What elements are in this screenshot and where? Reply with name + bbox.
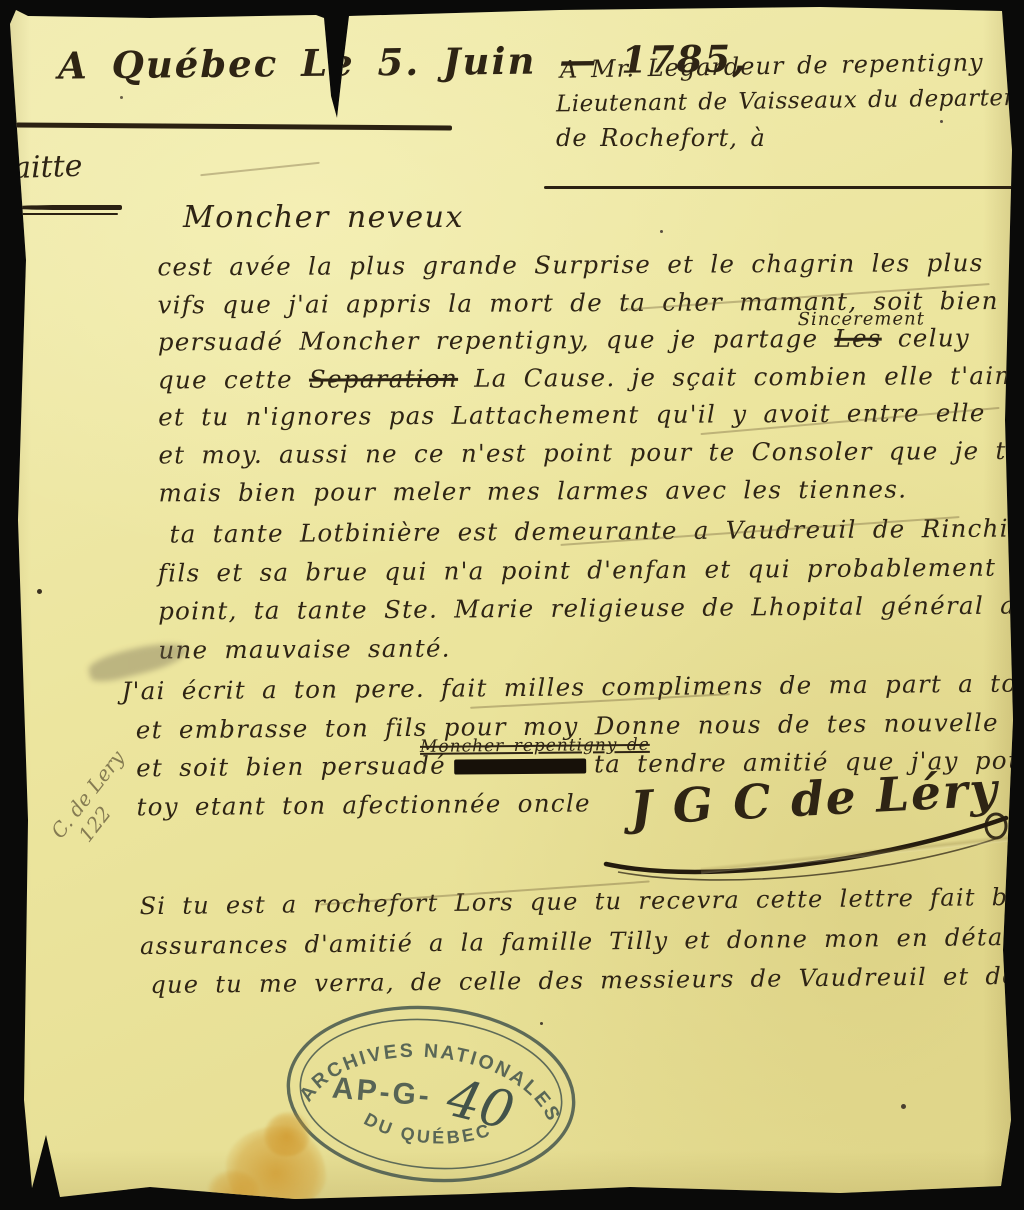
p3-interline-insert: Moncher repentigny de (420, 726, 650, 767)
p1-line3-pre: persuadé Moncher repentigny, que je part… (158, 324, 819, 356)
p2-line2: fils et sa brue qui n'a point d'enfan et… (158, 547, 1024, 593)
paragraph-1: cest avée la plus grande Surprise et le … (157, 244, 1024, 512)
margin-word-rule-thin (8, 213, 118, 215)
p1-line4-struck-word: Separation (309, 364, 458, 394)
p2-line3: point, ta tante Ste. Marie religieuse de… (158, 585, 1024, 631)
scanned-letter-scene: A Québec Le 5. Juin — 1785, A Mr. Legard… (0, 0, 1024, 1210)
p1-line1: cest avée la plus grande Surprise et le … (157, 244, 1024, 286)
paper-specks (0, 0, 3, 3)
margin-word: faitte (1, 149, 83, 187)
address-line-1: A Mr. Legardeur de repentigny (560, 48, 984, 83)
p1-interline-insert: Sincerement (798, 300, 925, 338)
paragraph-2: ta tante Lotbinière est demeurante a Vau… (157, 508, 1024, 669)
p1-line4-pre: que cette (158, 364, 293, 394)
salutation: Moncher neveux (183, 200, 464, 235)
postscript: Si tu est a rochefort Lors que tu recevr… (139, 877, 1024, 1006)
dateline-rule (16, 122, 452, 130)
p3-line3-pre: et soit bien persuadé (136, 751, 446, 783)
p1-line7: mais bien pour meler mes larmes avec les… (158, 469, 1024, 511)
p1-line4: que cette Separation La Cause. je sçait … (158, 356, 1024, 398)
p2-line4: une mauvaise santé. (158, 624, 1024, 670)
address-line-2: Lieutenant de Vaisseaux du departemt. (556, 85, 1024, 118)
paper-stain (208, 1112, 348, 1210)
p1-line4-post: La Cause. je sçait combien elle t'aimait (474, 361, 1024, 393)
pen-scratch (200, 162, 320, 176)
p1-line6: et moy. aussi ne ce n'est point pour te … (158, 432, 1024, 474)
stamp-code: AP-G- (331, 1071, 433, 1113)
letter-paper: A Québec Le 5. Juin — 1785, A Mr. Legard… (0, 0, 1024, 1210)
p2-line1: ta tante Lotbinière est demeurante a Vau… (157, 508, 1024, 554)
address-rule (544, 186, 1022, 189)
address-line-3: de Rochefort, à (556, 124, 766, 152)
margin-word-rule (6, 205, 122, 210)
